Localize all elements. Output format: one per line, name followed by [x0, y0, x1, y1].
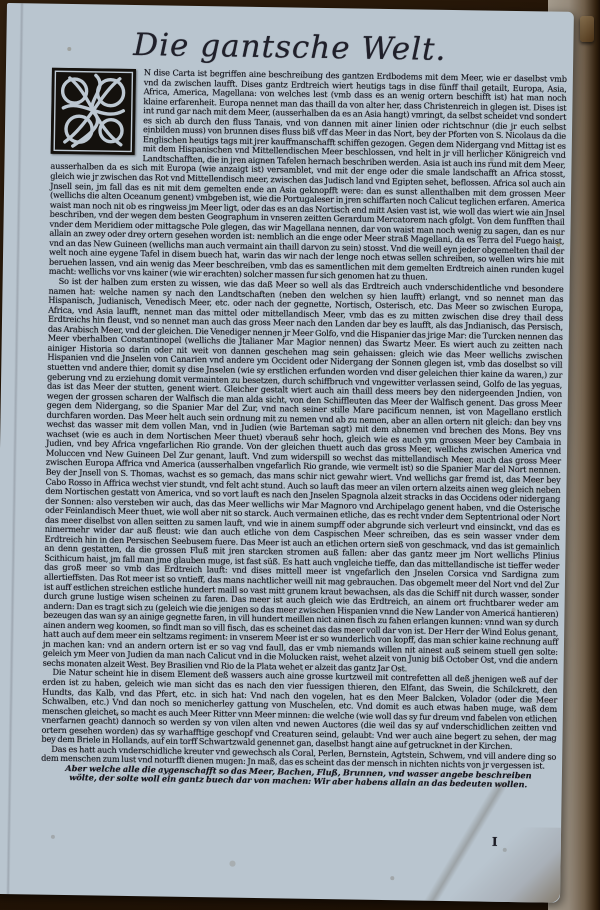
paragraph-2: So ist der halben zum ersten zu wissen, … [43, 277, 564, 676]
woodcut-initial-icon [51, 68, 136, 155]
book-page: Die gantsche Welt. [0, 3, 574, 903]
paragraph-3-text: Die Natur scheint hie in disem Element d… [41, 667, 557, 751]
page-title: Die gantsche Welt. [6, 25, 573, 70]
page-crease [6, 3, 24, 894]
paragraph-2-text: So ist der halben zum ersten zu wissen, … [43, 276, 564, 673]
paragraph-1: N dise Carta ist begriffen aine beschrei… [49, 67, 567, 285]
corner-curl [450, 826, 561, 903]
paragraph-3: Die Natur scheint hie in disem Element d… [41, 668, 557, 752]
paper-flecks [7, 3, 9, 5]
book-clasp [580, 16, 594, 42]
body-text: N dise Carta ist begriffen aine beschrei… [41, 67, 567, 791]
